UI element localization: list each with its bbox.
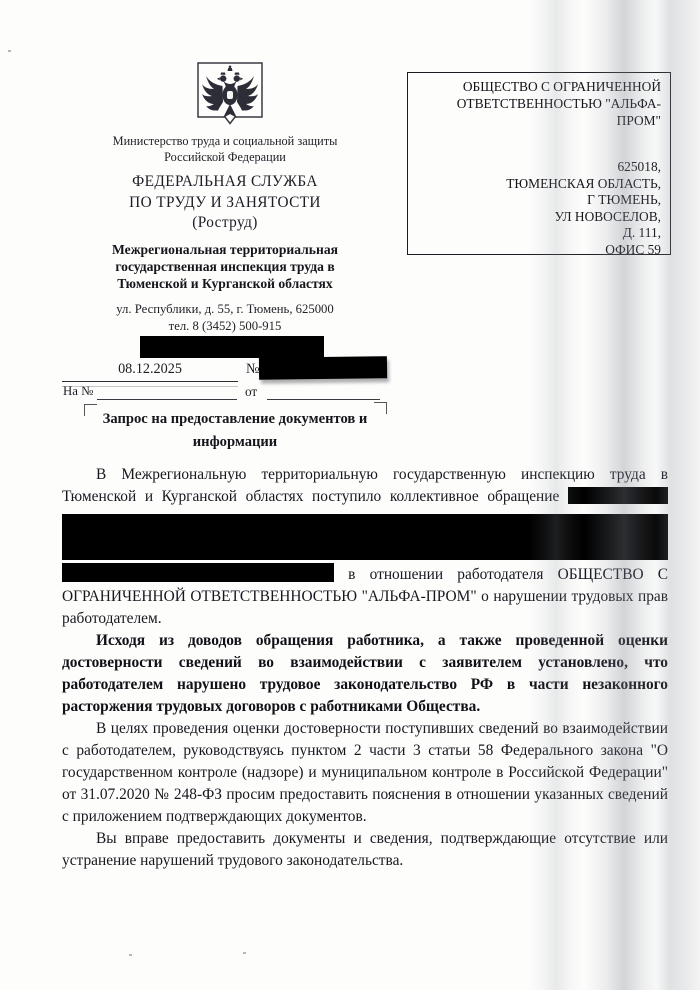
recipient-address-line: Г ТЮМЕНЬ, [414, 192, 661, 209]
ministry-line: Российской Федерации [40, 150, 410, 166]
inspection-name: Межрегиональная территориальная государс… [40, 241, 410, 292]
recipient-address-line: Д. 111, [414, 225, 661, 242]
redaction-bar-partial [62, 563, 334, 582]
inspection-line: государственная инспекция труда в [40, 258, 410, 275]
subject-line: информации [94, 431, 376, 454]
recipient-address: 625018, ТЮМЕНСКАЯ ОБЛАСТЬ, Г ТЮМЕНЬ, УЛ … [414, 159, 661, 259]
scan-speck [129, 954, 132, 956]
emblem-box [197, 62, 263, 128]
redaction-bar-number [259, 356, 387, 380]
paragraph-rights: Вы вправе предоставить документы и сведе… [62, 828, 668, 872]
federal-service-name: ФЕДЕРАЛЬНАЯ СЛУЖБА ПО ТРУДУ И ЗАНЯТОСТИ … [40, 172, 410, 234]
recipient-address-line: ТЮМЕНСКАЯ ОБЛАСТЬ, [414, 176, 661, 193]
ministry-line: Министерство труда и социальной защиты [40, 134, 410, 150]
sender-phone: тел. 8 (3452) 500-915 [40, 318, 410, 335]
ministry-name: Министерство труда и социальной защиты Р… [40, 134, 410, 165]
coat-of-arms-icon [197, 62, 263, 128]
inspection-line: Тюменской и Курганской областях [40, 275, 410, 292]
recipient-name-line: ПРОМ" [414, 112, 661, 129]
recipient-address-line: 625018, [414, 159, 661, 176]
redaction-bar-email [140, 336, 324, 358]
service-line: ПО ТРУДУ И ЗАНЯТОСТИ [40, 193, 410, 214]
paragraph-legal-basis: В целях проведения оценки достоверности … [62, 718, 668, 828]
redaction-block [62, 514, 668, 560]
subject-title: Запрос на предоставление документов и ин… [94, 408, 376, 454]
recipient-name-line: ОБЩЕСТВО С ОГРАНИЧЕННОЙ [414, 78, 661, 95]
recipient-name-line: ОТВЕТСТВЕННОСТЬЮ "АЛЬФА- [414, 95, 661, 112]
paragraph-findings: Исходя из доводов обращения работника, а… [62, 630, 668, 718]
recipient-name: ОБЩЕСТВО С ОГРАНИЧЕННОЙ ОТВЕТСТВЕННОСТЬЮ… [414, 78, 661, 129]
recipient-address-line: ОФИС 59 [414, 242, 661, 259]
paragraph-employer: в отношении работодателя ОБЩЕСТВО С ОГРА… [62, 563, 668, 630]
scan-speck [243, 952, 246, 954]
service-line: ФЕДЕРАЛЬНАЯ СЛУЖБА [40, 172, 410, 193]
from-label: от [245, 384, 257, 400]
sender-contact: ул. Республики, д. 55, г. Тюмень, 625000… [40, 301, 410, 334]
recipient-address-line: УЛ НОВОСЕЛОВ, [414, 209, 661, 226]
sender-address: ул. Республики, д. 55, г. Тюмень, 625000 [40, 301, 410, 318]
date-field: 08.12.2025 [62, 361, 238, 378]
date-underline [62, 381, 238, 382]
inspection-line: Межрегиональная территориальная [40, 241, 410, 258]
service-line: (Роструд) [40, 213, 410, 234]
redaction-bar-inline [568, 487, 668, 504]
number-label: № [246, 361, 260, 378]
subject-line: Запрос на предоставление документов и [94, 408, 376, 431]
reply-number-underline [97, 399, 237, 400]
recipient-box: ОБЩЕСТВО С ОГРАНИЧЕННОЙ ОТВЕТСТВЕННОСТЬЮ… [407, 72, 671, 255]
paragraph-intro: В Межрегиональную территориальную госуда… [62, 464, 668, 508]
from-underline [267, 399, 380, 400]
scan-speck [8, 50, 11, 52]
reply-number-label: На № [63, 384, 93, 399]
letter-body: В Межрегиональную территориальную госуда… [62, 464, 668, 872]
scanned-letter-page: Министерство труда и социальной защиты Р… [0, 0, 700, 990]
